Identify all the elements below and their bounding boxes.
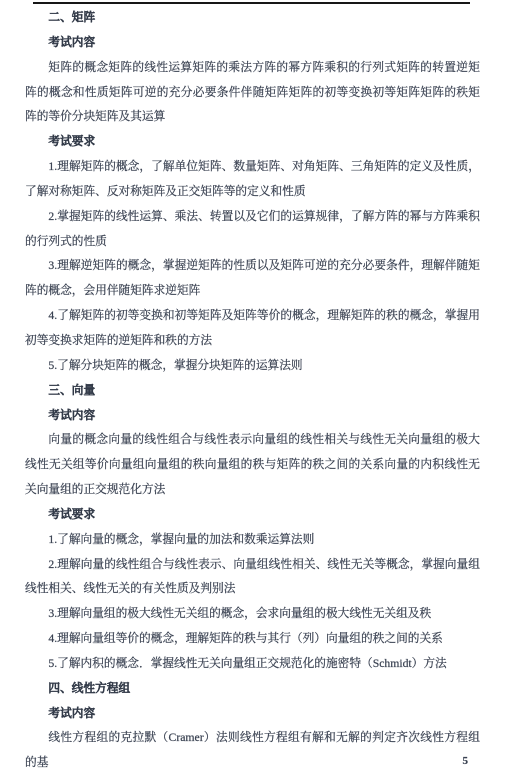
section-subheading: 考试要求 bbox=[25, 130, 480, 155]
section-heading: 二、矩阵 bbox=[25, 6, 480, 31]
body-paragraph: 2.理解向量的线性组合与线性表示、向量组线性相关、线性无关等概念，掌握向量组线性… bbox=[25, 553, 480, 603]
body-paragraph: 3.理解逆矩阵的概念，掌握逆矩阵的性质以及矩阵可逆的充分必要条件，理解伴随矩阵的… bbox=[25, 254, 480, 304]
body-paragraph: 3.理解向量组的极大线性无关组的概念，会求向量组的极大线性无关组及秩 bbox=[25, 602, 480, 627]
section-heading: 三、向量 bbox=[25, 379, 480, 404]
page-number: 5 bbox=[463, 755, 469, 767]
section-subheading: 考试内容 bbox=[25, 702, 480, 727]
section-subheading: 考试要求 bbox=[25, 503, 480, 528]
body-paragraph: 5.了解分块矩阵的概念，掌握分块矩阵的运算法则 bbox=[25, 354, 480, 379]
body-paragraph: 矩阵的概念矩阵的线性运算矩阵的乘法方阵的幂方阵乘积的行列式矩阵的转置逆矩阵的概念… bbox=[25, 56, 480, 131]
section-heading: 四、线性方程组 bbox=[25, 677, 480, 702]
body-paragraph: 5.了解内积的概念．掌握线性无关向量组正交规范化的施密特（Schmidt）方法 bbox=[25, 652, 480, 677]
section-subheading: 考试内容 bbox=[25, 31, 480, 56]
body-paragraph: 2.掌握矩阵的线性运算、乘法、转置以及它们的运算规律，了解方阵的幂与方阵乘积的行… bbox=[25, 205, 480, 255]
body-paragraph: 4.了解矩阵的初等变换和初等矩阵及矩阵等价的概念，理解矩阵的秩的概念，掌握用初等… bbox=[25, 304, 480, 354]
body-paragraph: 4.理解向量组等价的概念，理解矩阵的秩与其行（列）向量组的秩之间的关系 bbox=[25, 627, 480, 652]
document-body: 二、矩阵考试内容矩阵的概念矩阵的线性运算矩阵的乘法方阵的幂方阵乘积的行列式矩阵的… bbox=[25, 6, 480, 772]
top-rule bbox=[33, 2, 470, 4]
body-paragraph: 1.了解向量的概念，掌握向量的加法和数乘运算法则 bbox=[25, 528, 480, 553]
section-subheading: 考试内容 bbox=[25, 404, 480, 429]
body-paragraph: 1.理解矩阵的概念，了解单位矩阵、数量矩阵、对角矩阵、三角矩阵的定义及性质，了解… bbox=[25, 155, 480, 205]
body-paragraph: 线性方程组的克拉默（Cramer）法则线性方程组有解和无解的判定齐次线性方程组的… bbox=[25, 726, 480, 772]
document-page: 二、矩阵考试内容矩阵的概念矩阵的线性运算矩阵的乘法方阵的幂方阵乘积的行列式矩阵的… bbox=[0, 0, 518, 772]
body-paragraph: 向量的概念向量的线性组合与线性表示向量组的线性相关与线性无关向量组的极大线性无关… bbox=[25, 428, 480, 503]
